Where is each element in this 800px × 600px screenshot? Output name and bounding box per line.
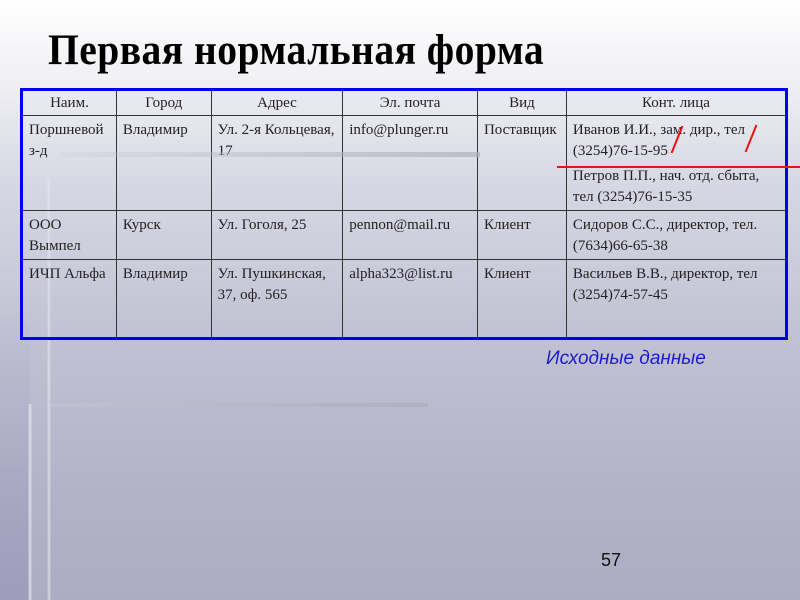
cell-type: Поставщик [477,116,566,211]
contact-entry: Васильев В.В., директор, тел (3254)74-57… [573,264,779,306]
cell-address: Ул. Пушкинская, 37, оф. 565 [211,260,343,339]
column-header-contacts: Конт. лица [566,90,786,116]
table-row: ИЧП Альфа Владимир Ул. Пушкинская, 37, о… [22,260,787,339]
column-header-name: Наим. [22,90,117,116]
cell-email: alpha323@list.ru [343,260,478,339]
cell-name: ИЧП Альфа [22,260,117,339]
column-header-type: Вид [477,90,566,116]
cell-contacts: Васильев В.В., директор, тел (3254)74-57… [566,260,786,339]
background-shade [0,300,30,600]
column-header-city: Город [116,90,211,116]
source-data-table: Наим. Город Адрес Эл. почта Вид Конт. ли… [20,88,788,340]
slide-title: Первая нормальная форма [48,26,544,75]
table-header-row: Наим. Город Адрес Эл. почта Вид Конт. ли… [22,90,787,116]
decorative-horizontal-line [48,403,428,407]
table-row: Поршневой з-д Владимир Ул. 2-я Кольцевая… [22,116,787,211]
column-header-address: Адрес [211,90,343,116]
table-row: ООО Вымпел Курск Ул. Гоголя, 25 pennon@m… [22,211,787,260]
column-header-email: Эл. почта [343,90,478,116]
table-caption: Исходные данные [546,348,706,370]
cell-city: Владимир [116,116,211,211]
cell-email: pennon@mail.ru [343,211,478,260]
cell-city: Курск [116,211,211,260]
decorative-horizontal-line [60,152,480,157]
decorative-vertical-line [28,404,32,600]
cell-name: ООО Вымпел [22,211,117,260]
cell-contacts: Сидоров С.С., директор, тел. (7634)66-65… [566,211,786,260]
cell-city: Владимир [116,260,211,339]
cell-type: Клиент [477,260,566,339]
page-number: 57 [601,550,621,571]
split-marker-line [557,166,800,168]
cell-address: Ул. Гоголя, 25 [211,211,343,260]
contact-entry: Петров П.П., нач. отд. сбыта, тел (3254)… [573,166,779,208]
cell-name: Поршневой з-д [22,116,117,211]
cell-address: Ул. 2-я Кольцевая, 17 [211,116,343,211]
contact-entry: Сидоров С.С., директор, тел. (7634)66-65… [573,215,779,257]
cell-email: info@plunger.ru [343,116,478,211]
cell-type: Клиент [477,211,566,260]
